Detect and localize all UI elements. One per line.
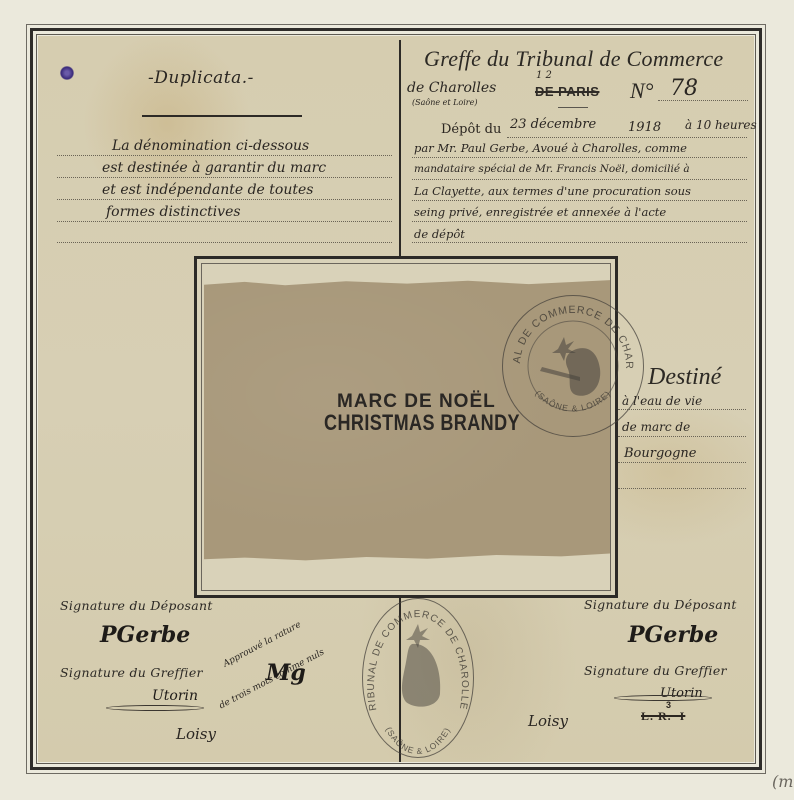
deposit-body-line: La Clayette, aux termes d'une procuratio… <box>414 184 691 198</box>
dotted-line <box>57 221 392 222</box>
deposit-prefix: Dépôt du <box>441 122 501 137</box>
margin-note: (m <box>772 772 793 791</box>
destination-line: de marc de <box>622 420 690 434</box>
tribunal-seal-stamp: TRIBUNAL DE COMMERCE DE CHAROLLES (SAÔNE… <box>502 295 644 437</box>
deposit-body-line: mandataire spécial de Mr. Francis Noël, … <box>414 163 690 175</box>
struck-initials: L. R. I <box>641 709 685 724</box>
statement-line: et est indépendante de toutes <box>102 182 313 198</box>
clerk-name: Loisy <box>176 725 216 743</box>
ink-blot-stain <box>60 66 74 80</box>
dotted-line <box>412 157 747 158</box>
deposit-body-line: par Mr. Paul Gerbe, Avoué à Charolles, c… <box>414 141 687 155</box>
dotted-line <box>507 137 747 138</box>
clerk-name: Loisy <box>528 712 568 730</box>
seal-graphic: TRIBUNAL DE COMMERCE DE CHAROLLES (SAÔNE… <box>502 295 644 437</box>
number-value: 78 <box>670 76 698 101</box>
statement-line: La dénomination ci-dessous <box>112 138 309 154</box>
dotted-line <box>618 409 746 410</box>
destination-line: à l'eau de vie <box>622 394 702 408</box>
statement-line: est destinée à garantir du marc <box>102 160 326 176</box>
svg-text:(SAÔNE & LOIRE): (SAÔNE & LOIRE) <box>384 725 453 756</box>
annotation-signature: Mg <box>266 660 306 686</box>
clerk-signature-label: Signature du Greffier <box>60 665 203 680</box>
duplicata-title: -Duplicata.- <box>148 68 254 88</box>
dotted-line <box>57 155 392 156</box>
deposit-body-line: de dépôt <box>414 227 465 241</box>
correction-marks: 1 2 <box>536 70 552 81</box>
destination-line: Bourgogne <box>624 446 697 461</box>
deposit-time: à 10 heures <box>685 118 757 132</box>
depositor-signature: PGerbe <box>100 622 190 648</box>
depositor-signature-label: Signature du Déposant <box>60 598 213 613</box>
dotted-line <box>618 488 746 489</box>
clerk-signature-flourish <box>614 695 712 701</box>
title-underline <box>142 115 302 117</box>
dotted-line <box>57 199 392 200</box>
deposit-year: 1918 <box>628 120 661 135</box>
clerk-signature: Utorin <box>152 688 198 704</box>
depositor-signature: PGerbe <box>628 622 718 648</box>
seal-graphic: TRIBUNAL DE COMMERCE DE CHAROLLES (SAÔNE… <box>362 598 474 758</box>
dotted-line <box>412 242 747 243</box>
clerk-signature-flourish <box>106 705 204 711</box>
city-subtitle: (Saône et Loire) <box>412 98 477 107</box>
destination-heading: Destiné <box>648 364 721 391</box>
dotted-line <box>412 200 747 201</box>
dotted-line <box>412 179 747 180</box>
dotted-line <box>412 221 747 222</box>
printed-city-struck: DE PARIS <box>535 84 599 99</box>
clerk-signature-label: Signature du Greffier <box>584 663 727 678</box>
statement-line: formes distinctives <box>106 204 241 220</box>
dotted-line <box>618 436 746 437</box>
dotted-line <box>658 100 748 101</box>
dotted-line <box>618 462 746 463</box>
city-handwritten: de Charolles <box>407 80 496 96</box>
depositor-signature-label: Signature du Déposant <box>584 597 737 612</box>
deposit-date: 23 décembre <box>510 117 596 132</box>
small-rule <box>558 107 588 108</box>
tribunal-header: Greffe du Tribunal de Commerce <box>424 46 723 72</box>
number-label: N° <box>630 78 653 104</box>
dotted-line <box>57 177 392 178</box>
tribunal-seal-stamp-bottom: TRIBUNAL DE COMMERCE DE CHAROLLES (SAÔNE… <box>362 598 474 758</box>
label-brand-en: CHRISTMAS BRANDY <box>324 410 520 436</box>
deposit-body-line: seing privé, enregistrée et annexée à l'… <box>414 205 666 219</box>
center-divider-top <box>399 40 401 256</box>
dotted-line <box>57 242 392 243</box>
